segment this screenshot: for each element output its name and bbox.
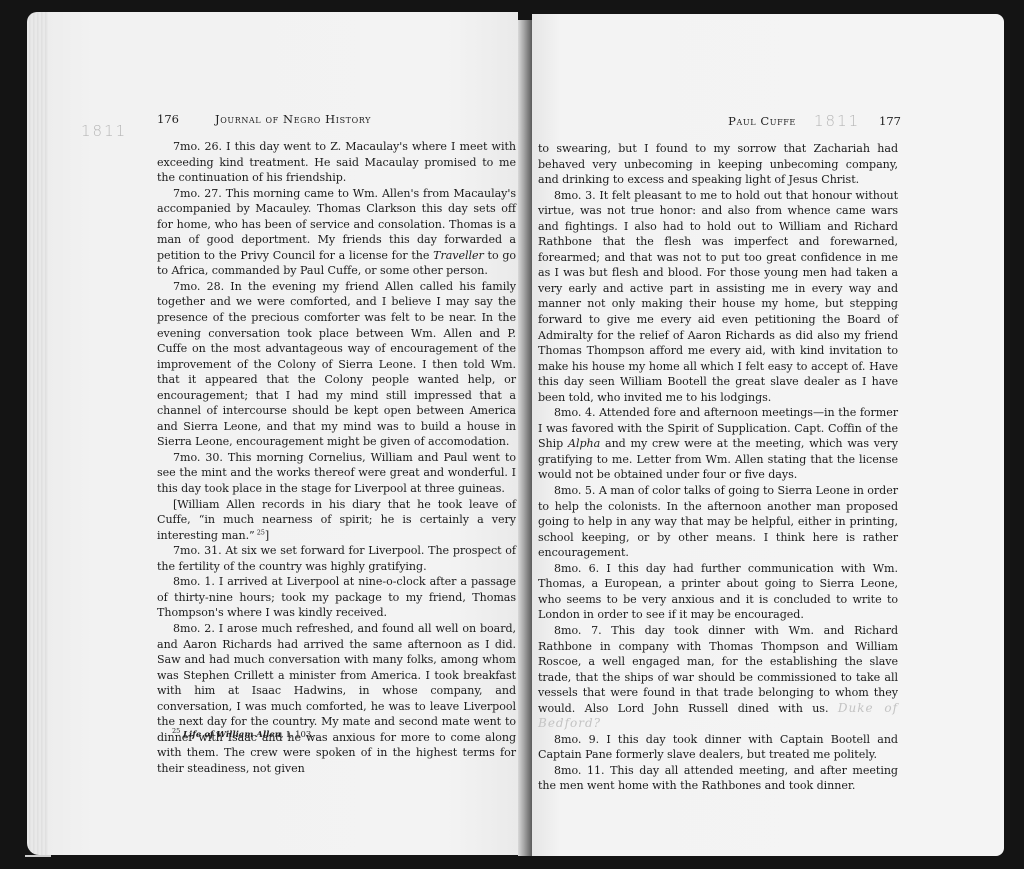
book-spread: 176 Journal of Negro History 1811 7mo. 2… xyxy=(0,0,1024,869)
book-gutter xyxy=(518,20,532,856)
footnote-ref: , I, 103. xyxy=(281,730,314,740)
paragraph-8mo-2: 8mo. 2. I arose much refreshed, and foun… xyxy=(157,621,516,776)
footnote-25: 25 Life of William Allen, I, 103. xyxy=(172,730,314,740)
footnote-title: Life of William Allen xyxy=(183,730,281,740)
paragraph-7mo-30: 7mo. 30. This morning Cornelius, William… xyxy=(157,450,516,497)
paragraph-continued: to swearing, but I found to my sorrow th… xyxy=(538,141,898,188)
right-page: Paul Cuffe 177 1811 to swearing, but I f… xyxy=(532,14,1004,856)
paragraph-text: 7mo. 27. This morning came to Wm. Allen'… xyxy=(157,187,516,278)
right-body-text: to swearing, but I found to my sorrow th… xyxy=(538,141,898,794)
footnote-marker: 25 xyxy=(172,727,180,735)
paragraph-8mo-11: 8mo. 11. This day all attended meeting, … xyxy=(538,763,898,794)
left-body-text: 7mo. 26. I this day went to Z. Macaulay'… xyxy=(157,139,516,776)
running-head-right: Paul Cuffe xyxy=(532,114,972,128)
page-number-right: 177 xyxy=(879,114,901,128)
paragraph-7mo-28: 7mo. 28. In the evening my friend Allen … xyxy=(157,279,516,450)
paragraph-7mo-27: 7mo. 27. This morning came to Wm. Allen'… xyxy=(157,186,516,279)
paragraph-8mo-1: 8mo. 1. I arrived at Liverpool at nine-o… xyxy=(157,574,516,621)
paragraph-8mo-7: 8mo. 7. This day took dinner with Wm. an… xyxy=(538,623,898,732)
paragraph-8mo-4: 8mo. 4. Attended fore and afternoon meet… xyxy=(538,405,898,483)
paragraph-8mo-3: 8mo. 3. It felt pleasant to me to hold o… xyxy=(538,188,898,406)
pencil-margin-note-left: 1811 xyxy=(81,122,127,140)
scan-artifact xyxy=(25,855,51,857)
paragraph-allen-diary: [William Allen records in his diary that… xyxy=(157,497,516,544)
paragraph-7mo-31: 7mo. 31. At six we set forward for Liver… xyxy=(157,543,516,574)
paragraph-8mo-6: 8mo. 6. I this day had further communica… xyxy=(538,561,898,623)
paragraph-8mo-5: 8mo. 5. A man of color talks of going to… xyxy=(538,483,898,561)
paragraph-8mo-9: 8mo. 9. I this day took dinner with Capt… xyxy=(538,732,898,763)
paragraph-7mo-26: 7mo. 26. I this day went to Z. Macaulay'… xyxy=(157,139,516,186)
left-page: 176 Journal of Negro History 1811 7mo. 2… xyxy=(48,12,518,855)
pencil-margin-note-right: 1811 xyxy=(814,112,860,130)
